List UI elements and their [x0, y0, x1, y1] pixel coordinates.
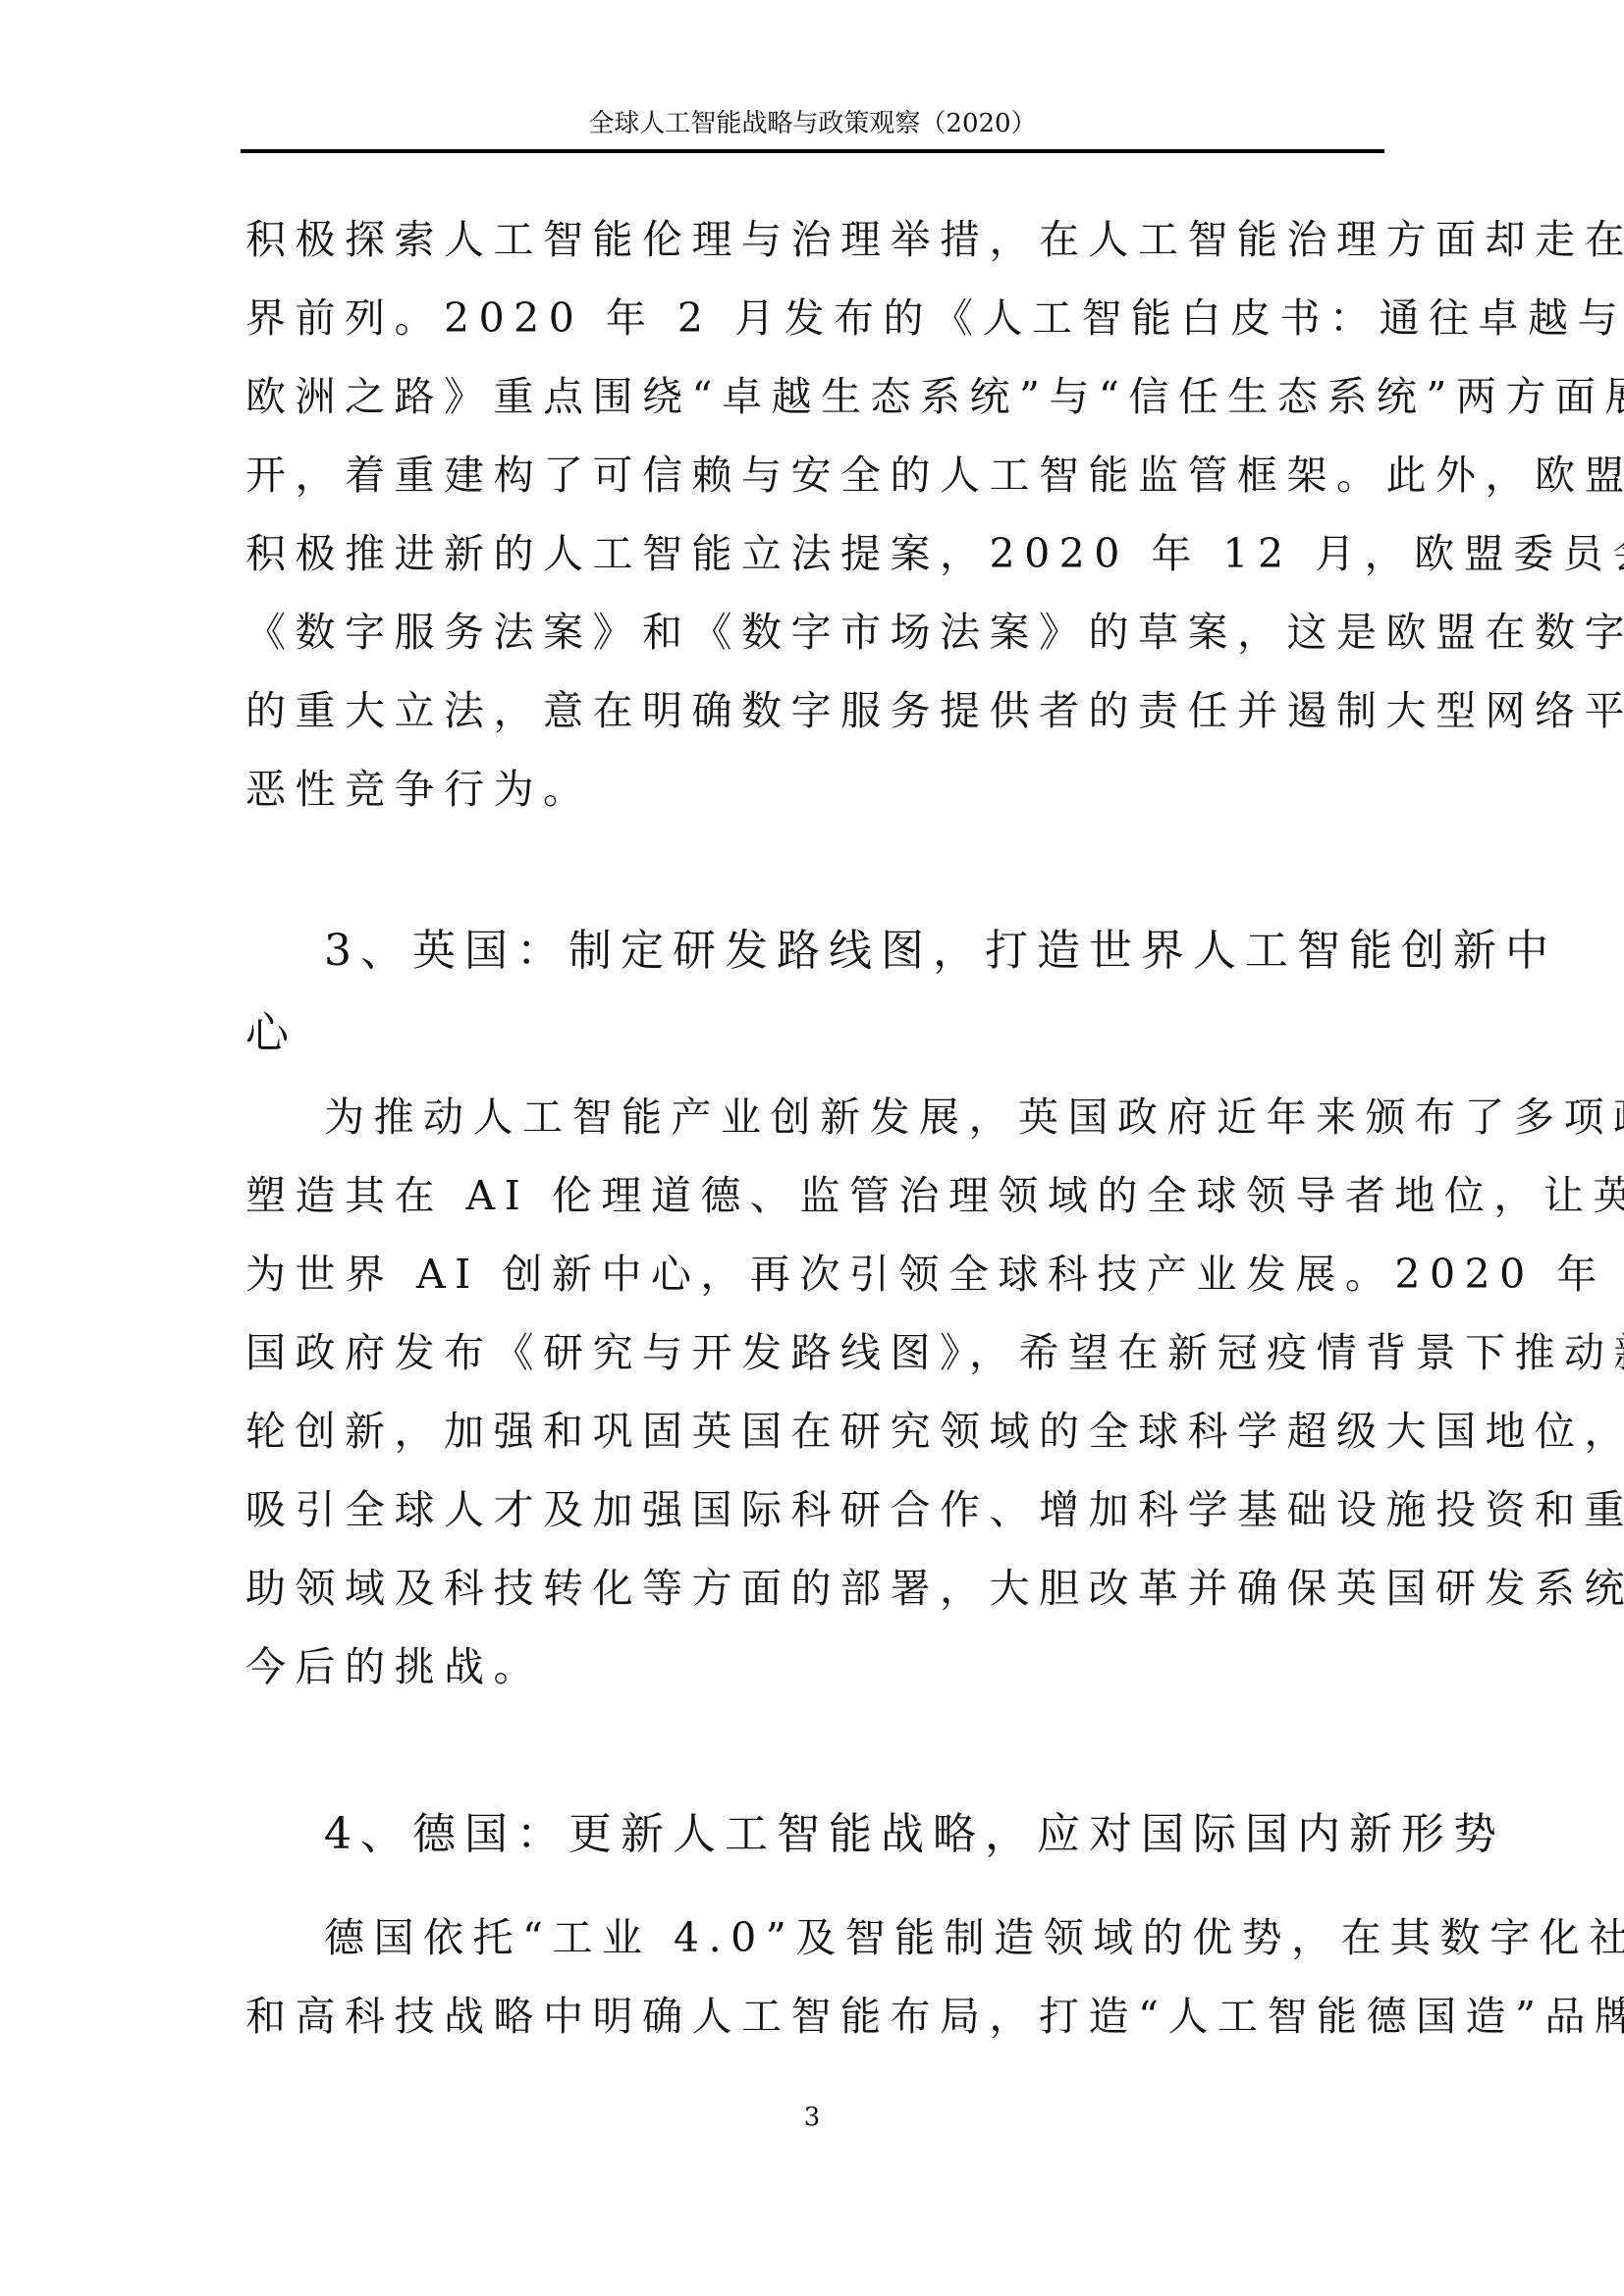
section-heading-continued: 心 [245, 1005, 298, 1062]
text-line: 为推动人工智能产业创新发展，英国政府近年来颁布了多项政策， [324, 1090, 1384, 1145]
text-line: 恶性竞争行为。 [245, 762, 1384, 817]
section-heading: 4、德国：更新人工智能战略，应对国际国内新形势 [324, 1806, 1505, 1863]
text-line: 国政府发布《研究与开发路线图》，希望在新冠疫情背景下推动新一 [245, 1325, 1384, 1380]
text-line: 为世界 AI 创新中心，再次引领全球科技产业发展。2020 年 7 月，英 [245, 1247, 1384, 1302]
text-line: 《数字服务法案》和《数字市场法案》的草案，这是欧盟在数字领域 [245, 605, 1384, 660]
text-line: 德国依托“工业 4.0”及智能制造领域的优势，在其数字化社会 [324, 1910, 1384, 1965]
text-line: 塑造其在 AI 伦理道德、监管治理领域的全球领导者地位，让英国成 [245, 1168, 1384, 1223]
text-line: 的重大立法，意在明确数字服务提供者的责任并遏制大型网络平台的 [245, 683, 1384, 738]
text-line: 吸引全球人才及加强国际科研合作、增加科学基础设施投资和重点资 [245, 1482, 1384, 1537]
text-line: 积极探索人工智能伦理与治理举措，在人工智能治理方面却走在了世 [245, 212, 1384, 267]
header-rule [241, 149, 1384, 153]
text-line: 积极推进新的人工智能立法提案，2020 年 12 月，欧盟委员会公布了 [245, 526, 1384, 581]
section-heading: 3、英国：制定研发路线图，打造世界人工智能创新中 [324, 923, 1557, 980]
text-line: 轮创新，加强和巩固英国在研究领域的全球科学超级大国地位，通过 [245, 1404, 1384, 1459]
running-header: 全球人工智能战略与政策观察（2020） [241, 106, 1384, 141]
text-line: 开，着重建构了可信赖与安全的人工智能监管框架。此外，欧盟仍在 [245, 448, 1384, 503]
page-number: 3 [0, 2103, 1624, 2132]
text-line: 今后的挑战。 [245, 1639, 1384, 1694]
text-line: 和高科技战略中明确人工智能布局，打造“人工智能德国造”品牌， [245, 1989, 1384, 2044]
text-line: 欧洲之路》重点围绕“卓越生态系统”与“信任生态系统”两方面展 [245, 369, 1384, 424]
text-line: 界前列。2020 年 2 月发布的《人工智能白皮书：通往卓越与信任的 [245, 291, 1384, 346]
text-line: 助领域及科技转化等方面的部署，大胆改革并确保英国研发系统适应 [245, 1561, 1384, 1616]
